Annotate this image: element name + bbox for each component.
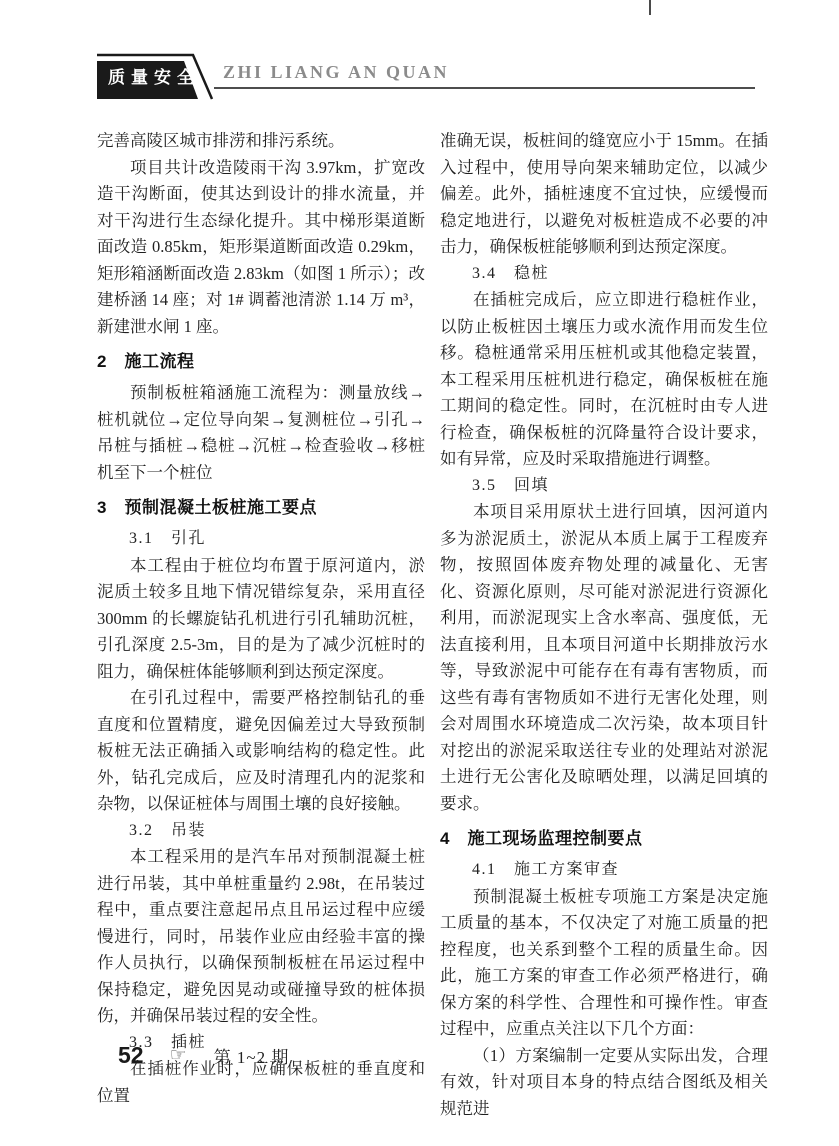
article-body: 完善高陵区城市排涝和排污系统。项目共计改造陵雨干沟 3.97km，扩宽改造干沟断… [97, 128, 769, 1122]
left-column: 完善高陵区城市排涝和排污系统。项目共计改造陵雨干沟 3.97km，扩宽改造干沟断… [97, 128, 425, 1122]
paragraph: 完善高陵区城市排涝和排污系统。 [97, 128, 425, 155]
right-column: 准确无误，板桩间的缝宽应小于 15mm。在插入过程中，使用导向架来辅助定位，以减… [440, 128, 768, 1122]
banner-pinyin: ZHI LIANG AN QUAN [223, 62, 449, 83]
paragraph: （1）方案编制一定要从实际出发，合理有效，针对项目本身的特点结合图纸及相关规范进 [440, 1043, 768, 1123]
page-footer: 52 ☞ 第 1~2 期 [118, 1040, 289, 1070]
paragraph: 项目共计改造陵雨干沟 3.97km，扩宽改造干沟断面，使其达到设计的排水流量，并… [97, 155, 425, 341]
paragraph: 本工程由于桩位均布置于原河道内，淤泥质土较多且地下情况错综复杂，采用直径 300… [97, 553, 425, 686]
section-heading: 2 施工流程 [97, 349, 425, 375]
subsection-heading: 4.1 施工方案审查 [440, 857, 768, 884]
subsection-heading: 3.5 回填 [440, 473, 768, 500]
pointing-hand-icon: ☞ [170, 1044, 187, 1066]
subsection-heading: 3.4 稳桩 [440, 261, 768, 288]
paragraph: 预制板桩箱涵施工流程为：测量放线→桩机就位→定位导向架→复测桩位→引孔→吊桩与插… [97, 380, 425, 486]
banner-title: 质量安全 [108, 69, 200, 86]
section-heading: 3 预制混凝土板桩施工要点 [97, 495, 425, 521]
header-rule [214, 87, 755, 89]
section-heading: 4 施工现场监理控制要点 [440, 826, 768, 852]
paragraph: 在插桩完成后，应立即进行稳桩作业，以防止板桩因土壤压力或水流作用而发生位移。稳桩… [440, 287, 768, 473]
section-banner: 质量安全 [95, 52, 221, 100]
subsection-heading: 3.2 吊装 [97, 818, 425, 845]
subsection-heading: 3.1 引孔 [97, 526, 425, 553]
issue-label: 第 1~2 期 [214, 1043, 290, 1068]
paragraph: 在引孔过程中，需要严格控制钻孔的垂直度和位置精度，避免因偏差过大导致预制板桩无法… [97, 685, 425, 818]
paragraph: 本工程采用的是汽车吊对预制混凝土桩进行吊装，其中单桩重量约 2.98t，在吊装过… [97, 844, 425, 1030]
page-number: 52 [118, 1042, 144, 1069]
paragraph: 本项目采用原状土进行回填，因河道内多为淤泥质土，淤泥从本质上属于工程废弃物，按照… [440, 499, 768, 817]
document-page: 质量安全 ZHI LIANG AN QUAN 完善高陵区城市排涝和排污系统。项目… [0, 0, 839, 1146]
page-header: 质量安全 ZHI LIANG AN QUAN [0, 0, 839, 110]
paragraph: 预制混凝土板桩专项施工方案是决定施工质量的基本，不仅决定了对施工质量的把控程度，… [440, 884, 768, 1043]
paragraph: 准确无误，板桩间的缝宽应小于 15mm。在插入过程中，使用导向架来辅助定位，以减… [440, 128, 768, 261]
